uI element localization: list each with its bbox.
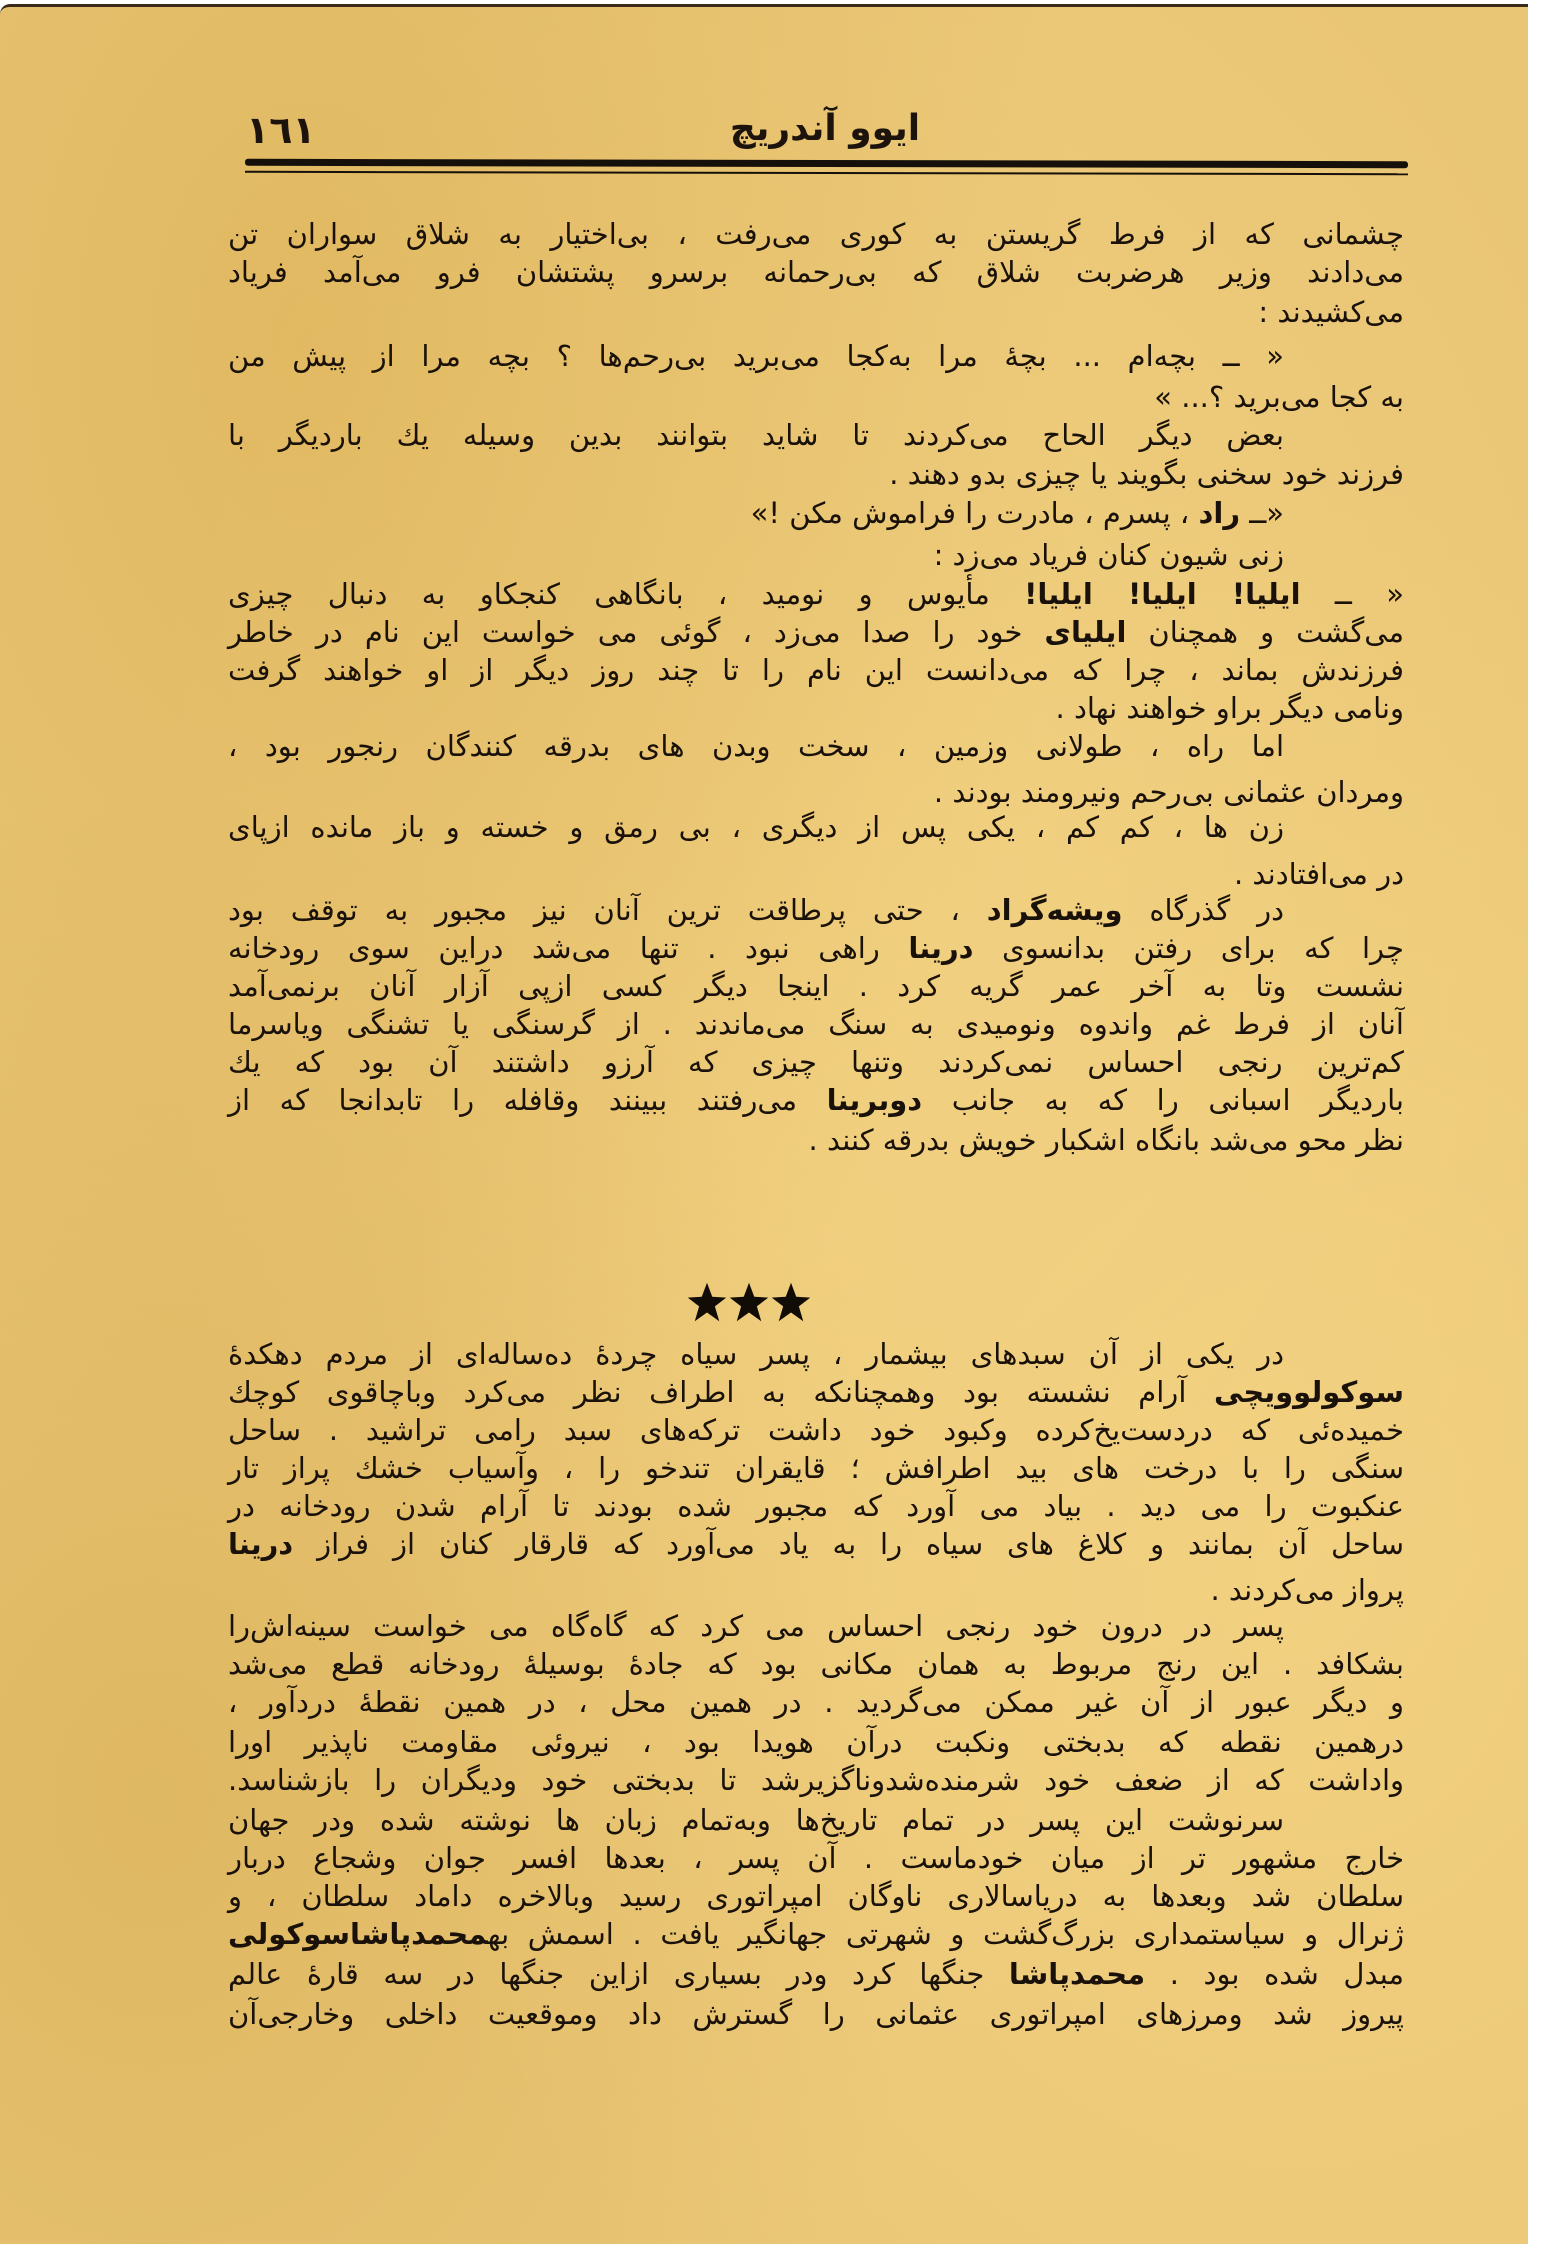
text-line: ژنرال و سیاستمداری بزرگ‌گشت و شهرتی جهان… <box>228 1912 1404 1956</box>
text-line: می‌دادند وزیر هرضربت شلاق که بی‌رحمانه ب… <box>228 250 1404 294</box>
text-line: زن ها ، کم کم ، یکی پس از دیگری ، بی رمق… <box>228 805 1284 849</box>
text-line: پیروز شد ومرزهای امپراتوری عثمانی را گست… <box>228 1992 1404 2036</box>
bold-name: درینا <box>228 1527 293 1561</box>
text-line: بعض دیگر الحاح می‌کردند تا شاید بتوانند … <box>228 413 1284 457</box>
bold-name: محمدپاشا <box>1009 1957 1145 1991</box>
bold-name: ویشه‌گراد <box>987 893 1123 927</box>
text-line: ساحل آن بمانند و کلاغ های سیاه را به یاد… <box>228 1522 1404 1566</box>
text-line: « ــ بچه‌ام ... بچهٔ مرا به‌کجا می‌برید … <box>228 334 1284 378</box>
text-line: زنی شیون کنان فریاد می‌زد : <box>228 533 1284 577</box>
bold-name: راد <box>1199 496 1241 530</box>
section-separator <box>686 1280 812 1326</box>
bold-name: درینا <box>908 931 973 965</box>
text-line: باردیگر اسبانی را که به جانب دوبرینا می‌… <box>228 1078 1404 1122</box>
bold-name: ایلیای <box>1044 615 1126 649</box>
text-line: نظر محو می‌شد بانگاه اشکبار خویش بدرقه ک… <box>228 1118 1404 1162</box>
bold-name: ایلیا! ایلیا! ایلیا! <box>1024 577 1300 611</box>
text-line: «ــ راد ، پسرم ، مادرت را فراموش مکن !» <box>228 491 1284 535</box>
bold-name: سوکولوویچی <box>1214 1375 1404 1409</box>
bold-name: محمدپاشاسوکولی <box>228 1917 488 1951</box>
text-line: فرزند خود سخنی بگویند یا چیزی بدو دهند . <box>228 452 1404 496</box>
star-icon <box>728 1280 770 1324</box>
star-icon <box>686 1280 728 1324</box>
text-line: می‌کشیدند : <box>228 290 1404 334</box>
star-icon <box>770 1280 812 1324</box>
bold-name: دوبرینا <box>827 1083 922 1117</box>
text-line: و دیگر عبور از آن غیر ممکن می‌گردید . در… <box>228 1680 1404 1724</box>
text-line: اما راه ، طولانی وزمین ، سخت وبدن های بد… <box>228 724 1284 768</box>
text-line: مبدل شده بود . محمدپاشا جنگها کرد ودر بس… <box>228 1952 1404 1996</box>
text-line: واداشت که از ضعف خود شرمنده‌شدوناگزیرشد … <box>228 1758 1404 1802</box>
body-text: چشمانی که از فرط گریستن به کوری می‌رفت ،… <box>0 0 1548 2244</box>
